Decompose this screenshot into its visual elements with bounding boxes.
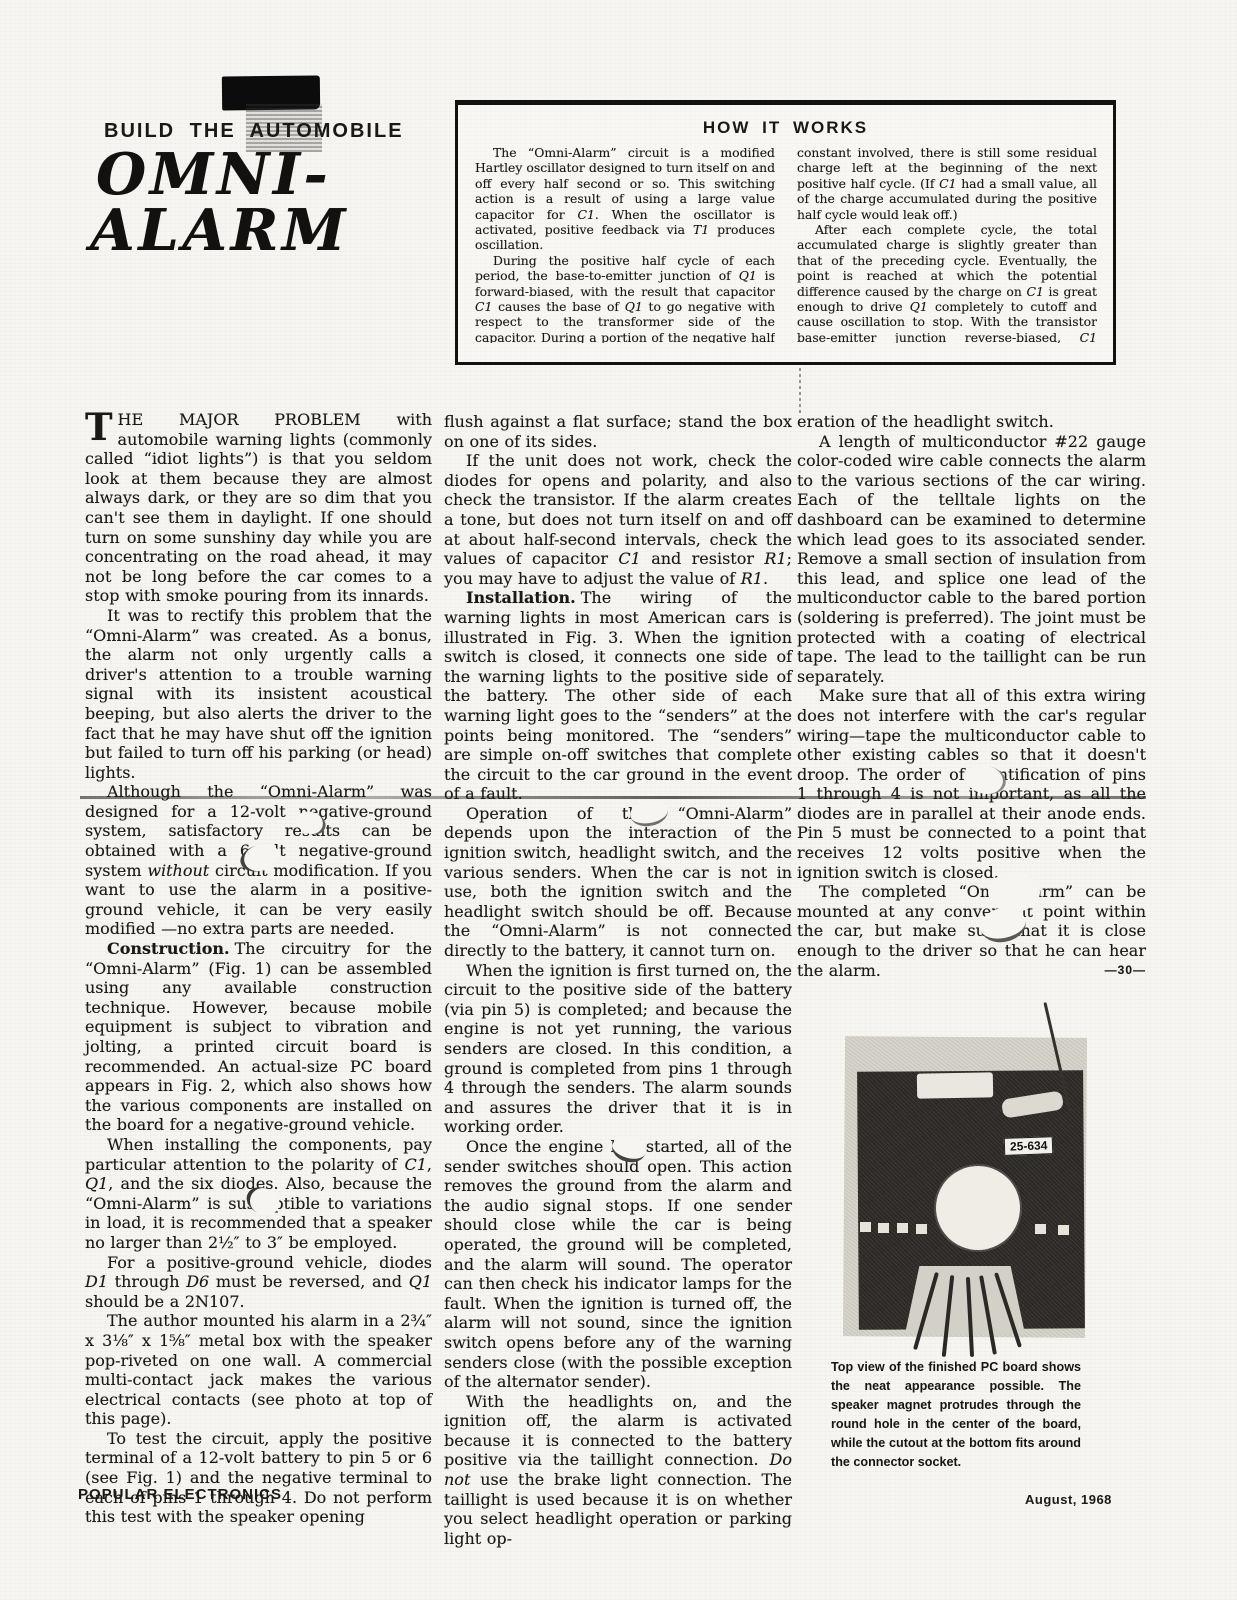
paragraph: The author mounted his alarm in a 2¾″ x … (85, 1311, 432, 1429)
paragraph: It was to rectify this problem that the … (85, 606, 432, 782)
solder-pad (878, 1223, 889, 1233)
solder-pad (860, 1222, 871, 1232)
paragraph-text: During the positive half cycle of each p… (475, 253, 775, 343)
drop-cap: T (85, 410, 118, 443)
article-column-1: THE MAJOR PROBLEM with automobile warnin… (85, 410, 432, 1527)
paragraph-text: With the headlights on, and the ignition… (444, 1392, 792, 1548)
paragraph-text: To test the circuit, apply the positive … (85, 1429, 432, 1526)
section-head: Installation. (466, 588, 576, 607)
paragraph: For a positive-ground vehicle, diodes D1… (85, 1253, 432, 1312)
solder-pad (916, 1224, 927, 1234)
how-it-works-column-1: The “Omni-Alarm” circuit is a modified H… (475, 145, 775, 343)
board-label: 25-634 (1004, 1136, 1054, 1156)
paragraph: THE MAJOR PROBLEM with automobile warnin… (85, 410, 432, 606)
paragraph-text: constant involved, there is still some r… (797, 145, 1097, 222)
photo-figure: 25-634 (828, 1003, 1126, 1355)
article-column-2: flush against a flat surface; stand the … (444, 412, 792, 1548)
magazine-page: BUILD THE AUTOMOBILE OMNI- ALARM HOW IT … (0, 0, 1237, 1600)
paragraph: eration of the headlight switch. (797, 412, 1146, 432)
how-it-works-columns: The “Omni-Alarm” circuit is a modified H… (458, 138, 1113, 343)
paragraph-text: A length of multiconductor #22 gauge col… (797, 432, 1146, 686)
paragraph: The “Omni-Alarm” circuit is a modified H… (475, 145, 775, 253)
paragraph: Installation.The wiring of the warning l… (444, 588, 792, 804)
paragraph-text: When the ignition is first turned on, th… (444, 961, 792, 1137)
paragraph: constant involved, there is still some r… (797, 145, 1097, 222)
paragraph: If the unit does not work, check the dio… (444, 451, 792, 588)
paragraph-text: flush against a flat surface; stand the … (444, 412, 792, 451)
speaker-hole (936, 1166, 1020, 1250)
paragraph-text: The circuitry for the “Omni-Alarm” (Fig.… (85, 939, 432, 1134)
article-title-line-1: OMNI- (96, 146, 331, 203)
paragraph: With the headlights on, and the ignition… (444, 1392, 792, 1549)
paragraph: A length of multiconductor #22 gauge col… (797, 432, 1146, 687)
paragraph: After each complete cycle, the total acc… (797, 222, 1097, 343)
how-it-works-box: HOW IT WORKS The “Omni-Alarm” circuit is… (455, 100, 1116, 365)
solder-pad (897, 1223, 908, 1233)
paragraph-text: The “Omni-Alarm” circuit is a modified H… (475, 145, 775, 252)
footer-publication: POPULAR ELECTRONICS (78, 1486, 282, 1503)
paragraph: To test the circuit, apply the positive … (85, 1429, 432, 1527)
paragraph-text: For a positive-ground vehicle, diodes D1… (85, 1253, 432, 1311)
paragraph-text: The author mounted his alarm in a 2¾″ x … (85, 1311, 432, 1428)
footer-issue-date: August, 1968 (1025, 1492, 1112, 1507)
paragraph-text: Operation of the “Omni-Alarm” depends up… (444, 804, 792, 960)
solder-pad (1058, 1225, 1069, 1235)
paragraph: During the positive half cycle of each p… (475, 253, 775, 343)
paragraph: The completed “Omni-Alarm” can be mounte… (797, 882, 1146, 980)
paragraph-text: After each complete cycle, the total acc… (797, 222, 1097, 343)
board-component (917, 1072, 993, 1098)
paragraph-text: If the unit does not work, check the dio… (444, 451, 792, 588)
article-column-3: eration of the headlight switch.A length… (797, 412, 1146, 980)
ink-blot (988, 872, 1040, 912)
paragraph: When the ignition is first turned on, th… (444, 961, 792, 1137)
paragraph-text: It was to rectify this problem that the … (85, 606, 432, 782)
paragraph-text: HE MAJOR PROBLEM with automobile warning… (85, 410, 432, 605)
paragraph-text: eration of the headlight switch. (797, 412, 1054, 431)
paragraph-text: Once the engine has started, all of the … (444, 1137, 792, 1391)
scan-crease (80, 796, 1146, 799)
article-kicker: BUILD THE AUTOMOBILE (104, 120, 404, 143)
scan-artifact-line (799, 365, 801, 413)
how-it-works-title: HOW IT WORKS (458, 118, 1113, 138)
paragraph: Construction.The circuitry for the “Omni… (85, 939, 432, 1135)
how-it-works-column-2: constant involved, there is still some r… (797, 145, 1097, 343)
paragraph: Operation of the “Omni-Alarm” depends up… (444, 804, 792, 961)
paragraph: flush against a flat surface; stand the … (444, 412, 792, 451)
solder-pad (1035, 1224, 1046, 1234)
paragraph: Once the engine has started, all of the … (444, 1137, 792, 1392)
photo-caption: Top view of the finished PC board shows … (831, 1358, 1081, 1472)
end-of-article-mark: —30— (1083, 961, 1146, 981)
paragraph-text: The wiring of the warning lights in most… (444, 588, 792, 803)
article-title-line-2: ALARM (90, 202, 349, 259)
section-head: Construction. (107, 939, 230, 958)
